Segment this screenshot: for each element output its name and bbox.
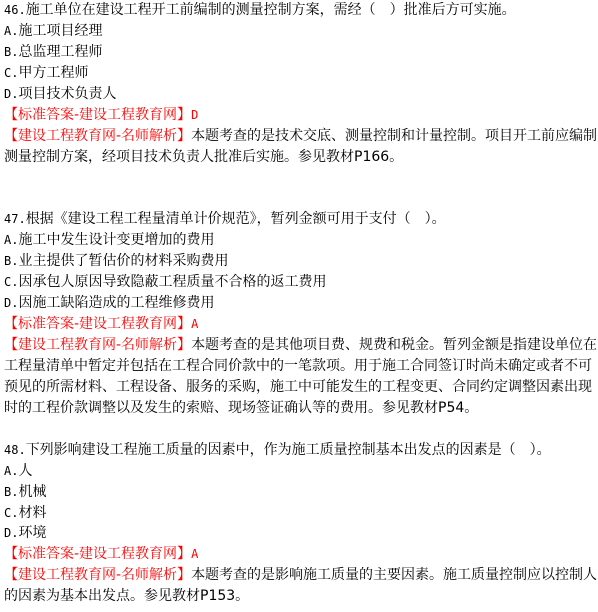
- analysis-text: 工程量清单中暂定并包括在工程合同价款中的一笔款项。用于施工合同签订时尚未确定或者…: [4, 358, 592, 374]
- spacer: [4, 168, 598, 189]
- option-c: C.因承包人原因导致隐蔽工程质量不合格的返工费用: [4, 272, 598, 293]
- option-b: B.机械: [4, 482, 598, 503]
- option-text: 项目技术负责人: [18, 86, 116, 102]
- analysis-text: 时的工程价款调整以及发生的索赔、现场签证确认等的费用。参见教材P54。: [4, 400, 478, 416]
- analysis: 【建设工程教育网-名师解析】本题考查的是其他项目费、规费和税金。暂列金额是指建设…: [4, 335, 598, 356]
- analysis-text: 预见的所需材料、工程设备、服务的采购，施工中可能发生的工程变更、合同约定调整因素…: [4, 379, 592, 395]
- question-number: 47.: [4, 212, 26, 226]
- option-letter: B.: [4, 254, 18, 268]
- answer-label: 【标准答案-建设工程教育网】: [4, 546, 191, 562]
- option-d: D.项目技术负责人: [4, 84, 598, 105]
- option-c: C.甲方工程师: [4, 63, 598, 84]
- spacer: [4, 419, 598, 440]
- analysis-continued: 的因素为基本出发点。参见教材P153。: [4, 586, 598, 607]
- option-letter: D.: [4, 526, 18, 540]
- analysis-continued: 测量控制方案，经项目技术负责人批准后实施。参见教材P166。: [4, 147, 598, 168]
- option-letter: A.: [4, 24, 18, 38]
- option-letter: B.: [4, 485, 18, 499]
- answer-value: D: [191, 108, 198, 122]
- option-a: A.施工项目经理: [4, 21, 598, 42]
- answer-label: 【标准答案-建设工程教育网】: [4, 107, 191, 123]
- analysis-text: 本题考查的是技术交底、测量控制和计量控制。项目开工前应编制: [191, 128, 597, 144]
- spacer: [4, 188, 598, 209]
- question-stem: 48.下列影响建设工程施工质量的因素中，作为施工质量控制基本出发点的因素是（ ）…: [4, 440, 598, 461]
- option-letter: D.: [4, 87, 18, 101]
- analysis-label: 【建设工程教育网-名师解析】: [4, 128, 191, 144]
- question-number: 48.: [4, 443, 26, 457]
- option-letter: D.: [4, 296, 18, 310]
- answer-label: 【标准答案-建设工程教育网】: [4, 316, 191, 332]
- answer-value: A: [191, 547, 198, 561]
- question-47: 47.根据《建设工程工程量清单计价规范》，暂列金额可用于支付（ ）。 A.施工中…: [4, 209, 598, 418]
- analysis-label: 【建设工程教育网-名师解析】: [4, 567, 191, 583]
- analysis-text: 测量控制方案，经项目技术负责人批准后实施。参见教材P166。: [4, 149, 403, 165]
- analysis: 【建设工程教育网-名师解析】本题考查的是技术交底、测量控制和计量控制。项目开工前…: [4, 126, 598, 147]
- option-a: A.施工中发生设计变更增加的费用: [4, 230, 598, 251]
- analysis-label: 【建设工程教育网-名师解析】: [4, 337, 191, 353]
- option-d: D.因施工缺陷造成的工程维修费用: [4, 293, 598, 314]
- analysis-continued: 时的工程价款调整以及发生的索赔、现场签证确认等的费用。参见教材P54。: [4, 398, 598, 419]
- question-stem: 46.施工单位在建设工程开工前编制的测量控制方案，需经（ ）批准后方可实施。: [4, 0, 598, 21]
- option-b: B.总监理工程师: [4, 42, 598, 63]
- standard-answer: 【标准答案-建设工程教育网】A: [4, 544, 598, 565]
- option-letter: B.: [4, 45, 18, 59]
- option-c: C.材料: [4, 503, 598, 524]
- question-text: 下列影响建设工程施工质量的因素中，作为施工质量控制基本出发点的因素是（ ）。: [26, 442, 551, 458]
- question-text: 根据《建设工程工程量清单计价规范》，暂列金额可用于支付（ ）。: [26, 211, 446, 227]
- answer-value: A: [191, 317, 198, 331]
- option-d: D.环境: [4, 523, 598, 544]
- option-text: 施工项目经理: [18, 23, 102, 39]
- exam-document: 46.施工单位在建设工程开工前编制的测量控制方案，需经（ ）批准后方可实施。 A…: [4, 0, 598, 607]
- option-text: 环境: [18, 525, 46, 541]
- option-text: 甲方工程师: [18, 65, 88, 81]
- option-letter: C.: [4, 506, 18, 520]
- option-text: 机械: [18, 484, 46, 500]
- analysis: 【建设工程教育网-名师解析】本题考查的是影响施工质量的主要因素。施工质量控制应以…: [4, 565, 598, 586]
- question-46: 46.施工单位在建设工程开工前编制的测量控制方案，需经（ ）批准后方可实施。 A…: [4, 0, 598, 168]
- analysis-text: 本题考查的是其他项目费、规费和税金。暂列金额是指建设单位在: [191, 337, 597, 353]
- option-text: 业主提供了暂估价的材料采购费用: [18, 253, 228, 269]
- standard-answer: 【标准答案-建设工程教育网】D: [4, 105, 598, 126]
- option-text: 总监理工程师: [18, 44, 102, 60]
- option-b: B.业主提供了暂估价的材料采购费用: [4, 251, 598, 272]
- option-text: 施工中发生设计变更增加的费用: [18, 232, 214, 248]
- analysis-text: 本题考查的是影响施工质量的主要因素。施工质量控制应以控制人: [191, 567, 597, 583]
- option-text: 因施工缺陷造成的工程维修费用: [18, 295, 214, 311]
- option-letter: C.: [4, 275, 18, 289]
- question-stem: 47.根据《建设工程工程量清单计价规范》，暂列金额可用于支付（ ）。: [4, 209, 598, 230]
- option-letter: C.: [4, 66, 18, 80]
- standard-answer: 【标准答案-建设工程教育网】A: [4, 314, 598, 335]
- option-text: 因承包人原因导致隐蔽工程质量不合格的返工费用: [18, 274, 326, 290]
- option-text: 人: [18, 463, 32, 479]
- option-letter: A.: [4, 464, 18, 478]
- analysis-continued: 预见的所需材料、工程设备、服务的采购，施工中可能发生的工程变更、合同约定调整因素…: [4, 377, 598, 398]
- question-number: 46.: [4, 3, 26, 17]
- analysis-continued: 工程量清单中暂定并包括在工程合同价款中的一笔款项。用于施工合同签订时尚未确定或者…: [4, 356, 598, 377]
- option-a: A.人: [4, 461, 598, 482]
- question-text: 施工单位在建设工程开工前编制的测量控制方案，需经（ ）批准后方可实施。: [26, 2, 516, 18]
- analysis-text: 的因素为基本出发点。参见教材P153。: [4, 588, 249, 604]
- option-letter: A.: [4, 233, 18, 247]
- option-text: 材料: [18, 505, 46, 521]
- question-48: 48.下列影响建设工程施工质量的因素中，作为施工质量控制基本出发点的因素是（ ）…: [4, 440, 598, 608]
